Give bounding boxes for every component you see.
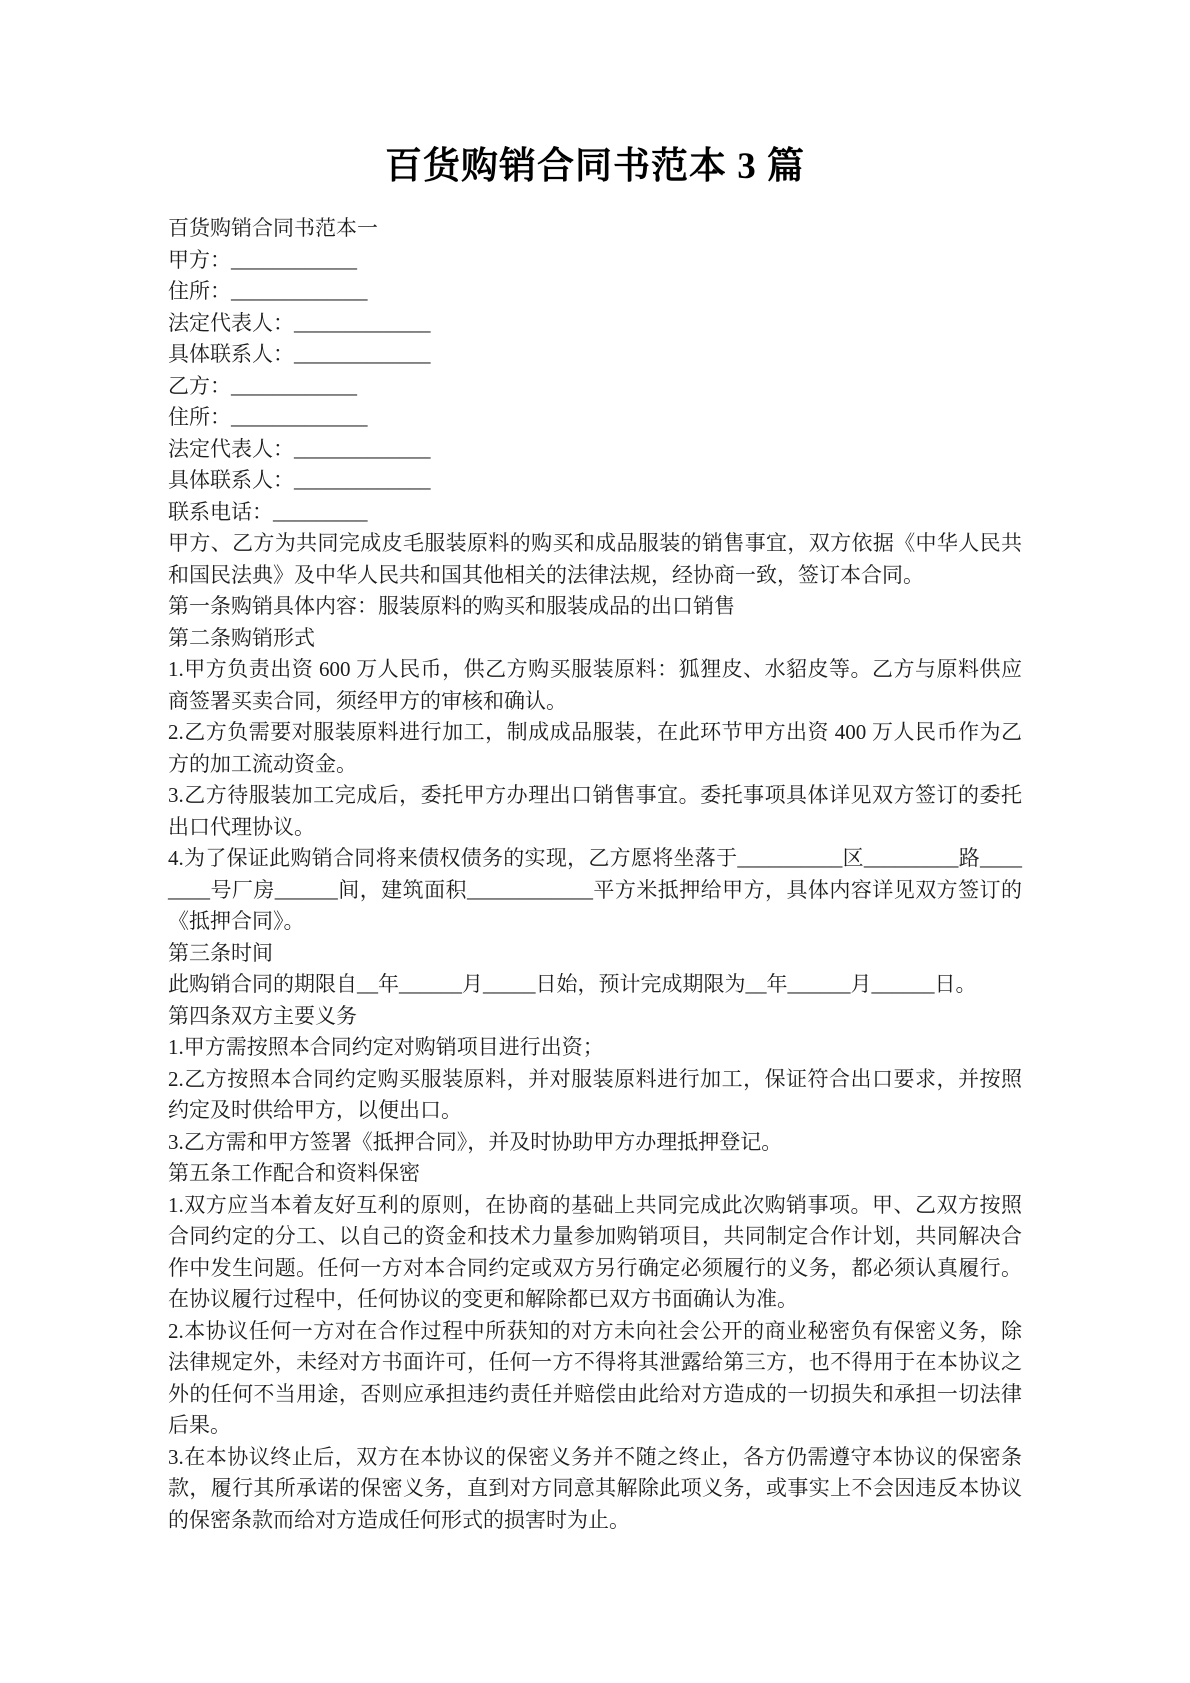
field-party-b: 乙方：____________ [168, 371, 1022, 403]
field-address-a: 住所：_____________ [168, 276, 1022, 308]
template-one-heading: 百货购销合同书范本一 [168, 213, 1022, 245]
field-legal-rep-b: 法定代表人：_____________ [168, 434, 1022, 466]
document-content: 百货购销合同书范本 3 篇 百货购销合同书范本一 甲方：____________… [168, 142, 1022, 1536]
clause-1-content: 第一条购销具体内容：服装原料的购买和服装成品的出口销售 [168, 591, 1022, 623]
clause-5-item-2: 2.本协议任何一方对在合作过程中所获知的对方未向社会公开的商业秘密负有保密义务，… [168, 1316, 1022, 1442]
field-legal-rep-a: 法定代表人：_____________ [168, 308, 1022, 340]
document-title: 百货购销合同书范本 3 篇 [168, 142, 1022, 192]
clause-2-item-4: 4.为了保证此购销合同将来债权债务的实现，乙方愿将坐落于__________区_… [168, 843, 1022, 938]
document-page: 百货购销合同书范本 3 篇 百货购销合同书范本一 甲方：____________… [0, 0, 1190, 1683]
clause-3-content: 此购销合同的期限自__年______月_____日始，预计完成期限为__年___… [168, 969, 1022, 1001]
clause-5-item-1: 1.双方应当本着友好互利的原则，在协商的基础上共同完成此次购销事项。甲、乙双方按… [168, 1190, 1022, 1316]
clause-4-item-2: 2.乙方按照本合同约定购买服装原料，并对服装原料进行加工，保证符合出口要求，并按… [168, 1064, 1022, 1127]
clause-5-item-3: 3.在本协议终止后，双方在本协议的保密义务并不随之终止，各方仍需遵守本协议的保密… [168, 1442, 1022, 1537]
clause-2-heading: 第二条购销形式 [168, 623, 1022, 655]
preamble: 甲方、乙方为共同完成皮毛服装原料的购买和成品服装的销售事宜，双方依据《中华人民共… [168, 528, 1022, 591]
field-party-a: 甲方：____________ [168, 245, 1022, 277]
field-contact-b: 具体联系人：_____________ [168, 465, 1022, 497]
field-phone: 联系电话：_________ [168, 497, 1022, 529]
clause-4-item-1: 1.甲方需按照本合同约定对购销项目进行出资； [168, 1032, 1022, 1064]
clause-4-item-3: 3.乙方需和甲方签署《抵押合同》，并及时协助甲方办理抵押登记。 [168, 1127, 1022, 1159]
field-address-b: 住所：_____________ [168, 402, 1022, 434]
clause-2-item-3: 3.乙方待服装加工完成后，委托甲方办理出口销售事宜。委托事项具体详见双方签订的委… [168, 780, 1022, 843]
clause-2-item-2: 2.乙方负需要对服装原料进行加工，制成成品服装，在此环节甲方出资 400 万人民… [168, 717, 1022, 780]
clause-5-heading: 第五条工作配合和资料保密 [168, 1158, 1022, 1190]
clause-3-heading: 第三条时间 [168, 938, 1022, 970]
field-contact-a: 具体联系人：_____________ [168, 339, 1022, 371]
clause-4-heading: 第四条双方主要义务 [168, 1001, 1022, 1033]
clause-2-item-1: 1.甲方负责出资 600 万人民币，供乙方购买服装原料：狐狸皮、水貂皮等。乙方与… [168, 654, 1022, 717]
